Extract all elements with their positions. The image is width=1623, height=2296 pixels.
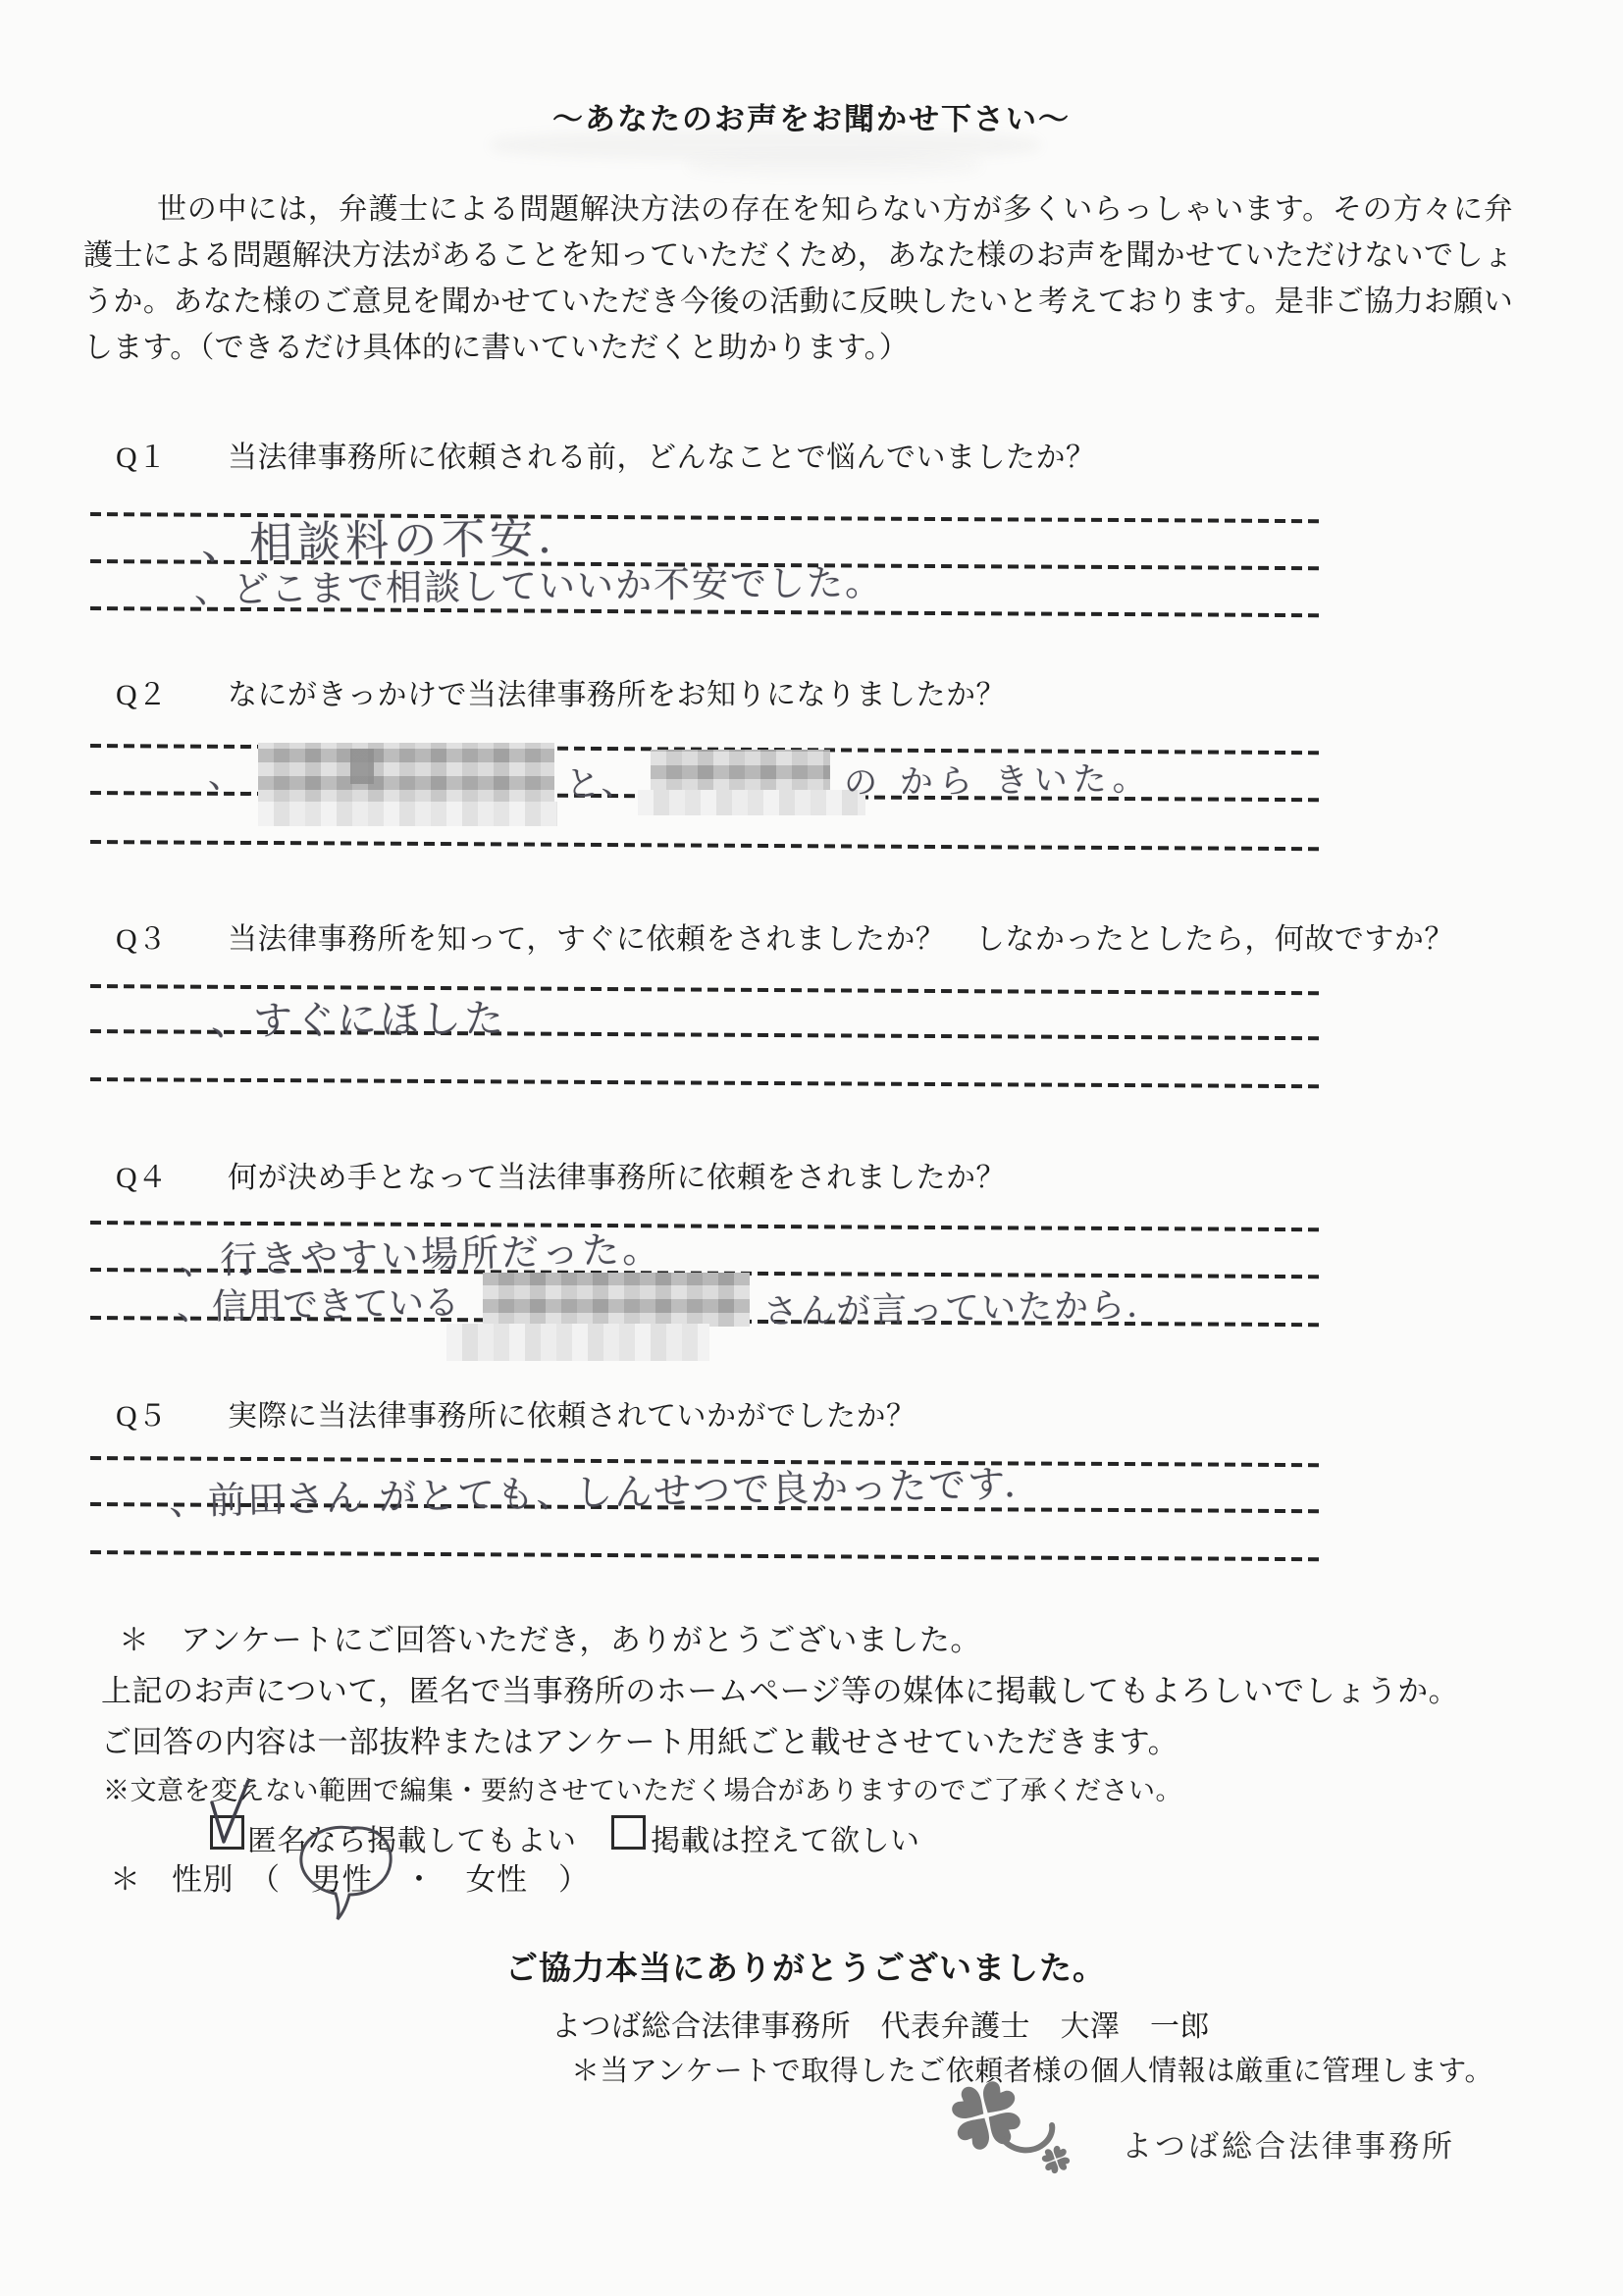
scanned-questionnaire-page: ～あなたのお声をお聞かせ下さい～ 世の中には，弁護士による問題解決方法の存在を知… [0,0,1623,2296]
firm-representative-line: よつば総合法律事務所 代表弁護士 大澤 一郎 [551,2002,1210,2045]
q2-handwritten-between: と、 [564,754,638,808]
checkbox-decline-label: 掲載は控えて欲しい [651,1816,920,1859]
intro-paragraph: 世の中には，弁護士による問題解決方法の存在を知らない方が多くいらっしゃいます。そ… [83,186,1513,371]
q3-label: Q３ [116,914,168,958]
checkbox-anonymous-ok-label: 匿名なら掲載してもよい [247,1816,577,1859]
q2-handwritten-prefix: 、 [208,748,243,798]
q1-question: 当法律事務所に依頼される前，どんなことで悩んでいましたか？ [228,433,1096,476]
q4-question: 何が決め手となって当法律事務所に依頼をされましたか？ [228,1153,1006,1196]
checkbox-anonymous-ok [210,1815,244,1850]
closing-thanks: ご協力本当にありがとうございました。 [505,1943,1106,1989]
q3-question: 当法律事務所を知って，すぐに依頼をされましたか？ しなかったとしたら，何故ですか… [228,914,1454,958]
q5-label: Q５ [116,1391,168,1435]
scan-smudge [687,155,981,177]
q1-label: Q１ [116,433,168,476]
permission-line-2: ご回答の内容は一部抜粋またはアンケート用紙ごと載せさせていただきます。 [101,1717,1178,1761]
q4-label: Q４ [116,1153,168,1196]
q4-handwritten-answer-2-suffix: さんが言っていたから． [763,1278,1164,1333]
gender-row: ＊ 性別 （ 男性 ・ 女性 ） [110,1854,590,1899]
redaction-blur-cell [350,749,374,784]
redaction-blur-light [446,1324,709,1361]
checkbox-decline [611,1815,646,1850]
q2-handwritten-suffix: の から きいた。 [844,752,1152,804]
redaction-blur [483,1273,750,1327]
q2-label: Q２ [116,670,168,713]
redaction-blur-light [258,802,557,826]
answer-line [90,1550,1319,1561]
privacy-note: ＊当アンケートで取得したご依頼者様の個人情報は厳重に管理します。 [571,2049,1493,2089]
logo-firm-name: よつば総合法律事務所 [1122,2121,1455,2166]
q5-handwritten-answer: 、前田さん がとても、しんせつで良かったです． [169,1453,1044,1526]
permission-line-1: 上記のお声について，匿名で当事務所のホームページ等の媒体に掲載してもよろしいでし… [101,1666,1459,1710]
page-title: ～あなたのお声をお聞かせ下さい～ [0,94,1623,138]
redaction-blur-light [638,790,865,815]
answer-line [90,1077,1319,1088]
edit-note: ※文意を変えない範囲で編集・要約させていただく場合がありますのでご了承ください。 [103,1769,1182,1807]
answer-line [90,840,1319,851]
q2-question: なにがきっかけで当法律事務所をお知りになりましたか？ [228,670,1006,713]
q1-handwritten-answer-2: 、どこまで相談していいか不安でした。 [194,552,884,612]
redaction-blur [651,750,830,793]
q3-handwritten-answer: 、すぐにほした [211,988,506,1047]
q5-question: 実際に当法律事務所に依頼されていかがでしたか？ [228,1391,916,1435]
redaction-blur [258,743,554,804]
q4-handwritten-answer-2-prefix: 、信用できている [177,1275,460,1330]
thanks-line: ＊ アンケートにご回答いただき，ありがとうございました。 [119,1615,981,1659]
